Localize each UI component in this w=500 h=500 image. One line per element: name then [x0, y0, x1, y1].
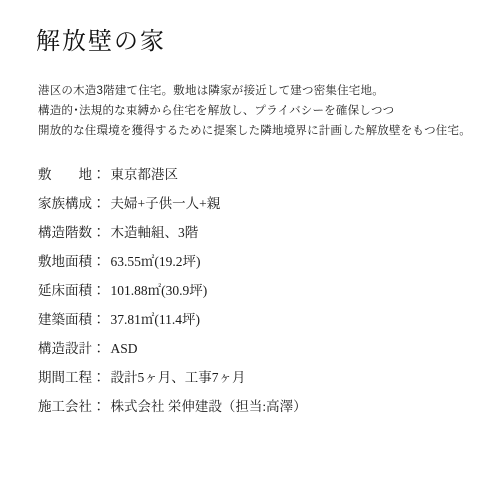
spec-label: 建築面積： — [38, 305, 106, 334]
project-description: 港区の木造3階建て住宅。敷地は隣家が接近して建つ密集住宅地。 構造的･法規的な束… — [38, 81, 471, 141]
spec-value: 101.88㎡(30.9坪) — [111, 276, 208, 305]
spec-row-contractor: 施工会社： 株式会社 栄伸建設（担当:高澤） — [38, 392, 307, 421]
spec-row-structural-design: 構造設計： ASD — [38, 334, 307, 363]
spec-label: 家族構成： — [38, 189, 106, 218]
spec-label: 延床面積： — [38, 276, 106, 305]
spec-label: 構造設計： — [38, 334, 106, 363]
spec-value: 夫婦+子供一人+親 — [111, 189, 221, 218]
spec-value: 東京都港区 — [111, 160, 179, 189]
project-page: 解放壁の家 港区の木造3階建て住宅。敷地は隣家が接近して建つ密集住宅地。 構造的… — [0, 0, 500, 500]
spec-value: 株式会社 栄伸建設（担当:高澤） — [111, 392, 307, 421]
spec-row-schedule: 期間工程： 設計5ヶ月、工事7ヶ月 — [38, 363, 307, 392]
description-line: 港区の木造3階建て住宅。敷地は隣家が接近して建つ密集住宅地。 — [38, 81, 471, 101]
spec-row-structure: 構造階数： 木造軸組、3階 — [38, 218, 307, 247]
spec-row-floor-area: 延床面積： 101.88㎡(30.9坪) — [38, 276, 307, 305]
page-title: 解放壁の家 — [36, 28, 166, 56]
description-line: 開放的な住環境を獲得するために提案した隣地境界に計画した解放壁をもつ住宅。 — [38, 121, 471, 141]
spec-label: 構造階数： — [38, 218, 106, 247]
spec-label: 期間工程： — [38, 363, 106, 392]
spec-row-building-area: 建築面積： 37.81㎡(11.4坪) — [38, 305, 307, 334]
spec-label: 敷 地： — [38, 160, 106, 189]
spec-value: 37.81㎡(11.4坪) — [111, 305, 201, 334]
spec-value: 木造軸組、3階 — [111, 218, 199, 247]
spec-row-family: 家族構成： 夫婦+子供一人+親 — [38, 189, 307, 218]
spec-value: 設計5ヶ月、工事7ヶ月 — [111, 363, 246, 392]
spec-value: 63.55㎡(19.2坪) — [111, 247, 201, 276]
spec-list: 敷 地： 東京都港区 家族構成： 夫婦+子供一人+親 構造階数： 木造軸組、3階… — [38, 160, 307, 421]
spec-label: 敷地面積： — [38, 247, 106, 276]
spec-row-site: 敷 地： 東京都港区 — [38, 160, 307, 189]
spec-row-site-area: 敷地面積： 63.55㎡(19.2坪) — [38, 247, 307, 276]
spec-value: ASD — [111, 334, 138, 363]
spec-label: 施工会社： — [38, 392, 106, 421]
description-line: 構造的･法規的な束縛から住宅を解放し、プライバシーを確保しつつ — [38, 101, 471, 121]
